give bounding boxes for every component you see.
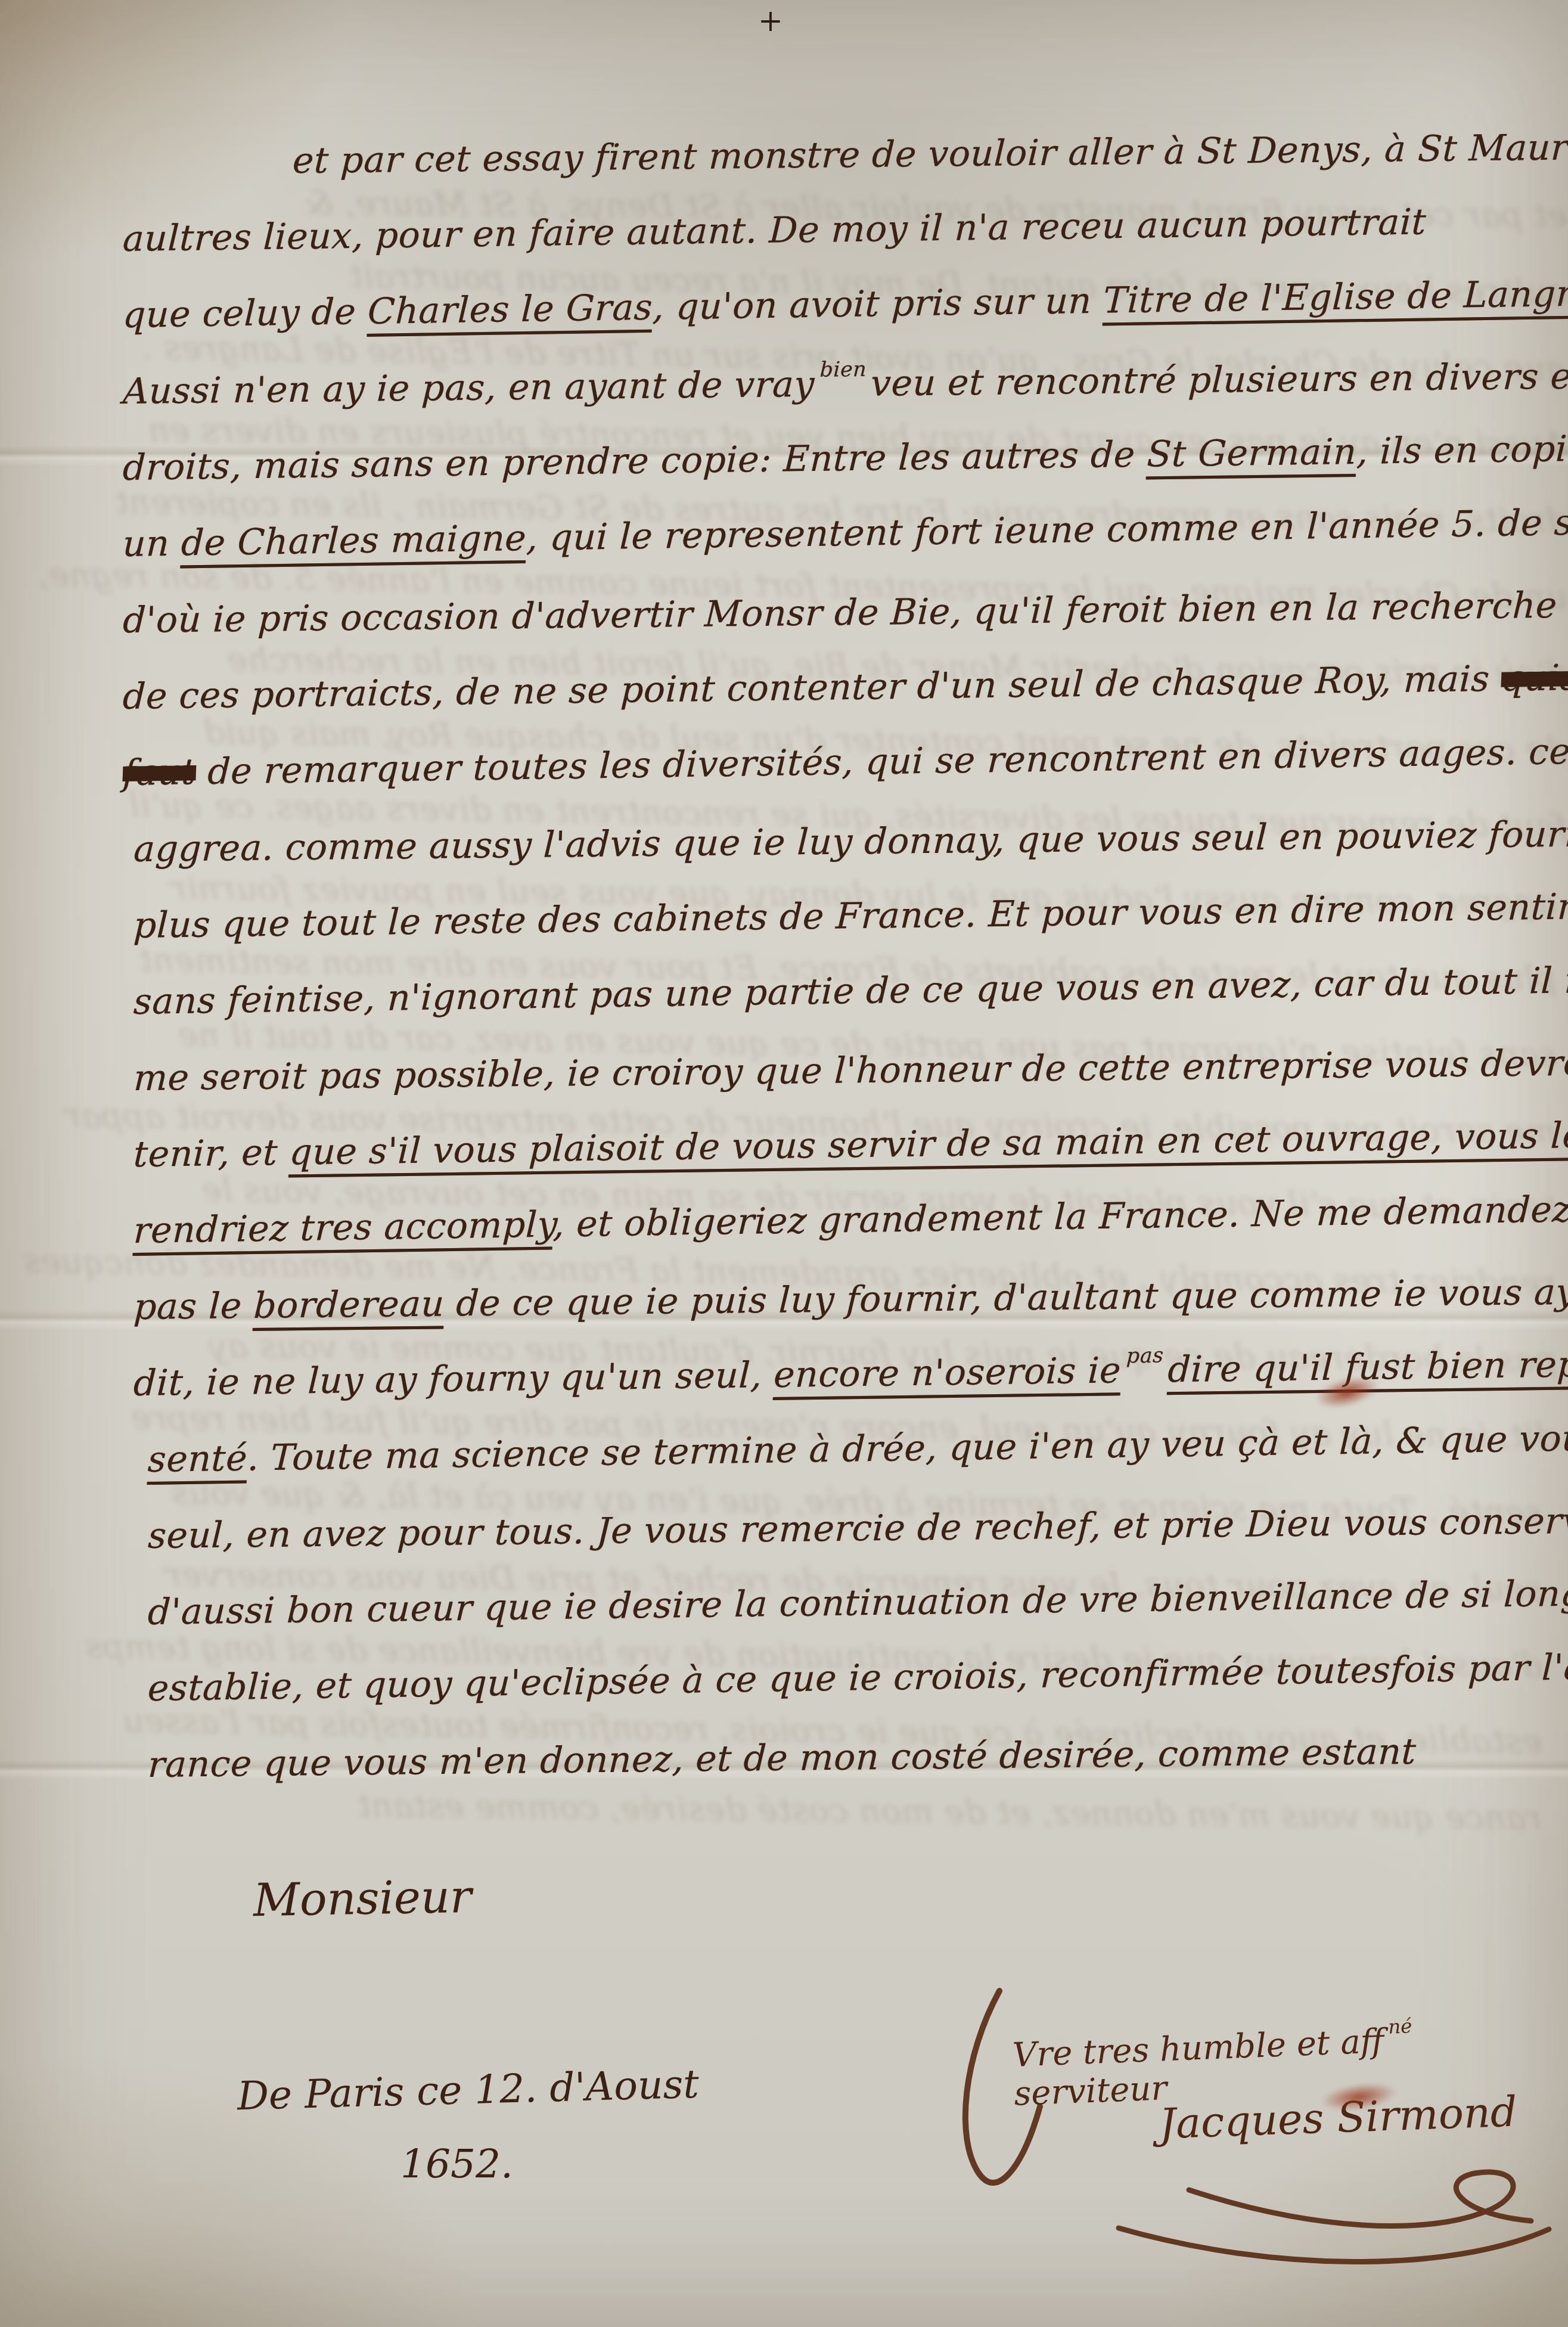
underlined-phrase: Charles le Gras bbox=[367, 287, 654, 333]
top-cross-mark: + bbox=[758, 4, 783, 38]
underlined-phrase: senté bbox=[147, 1437, 249, 1481]
text-run: veu et rencontré plusieurs en divers en bbox=[870, 355, 1568, 405]
text-run: de ce que ie puis luy fournir, d'aultant… bbox=[443, 1271, 1568, 1325]
text-run: serviteur bbox=[1013, 2069, 1168, 2114]
text-run: Vre tres humble et aff bbox=[1012, 2022, 1385, 2075]
letter-body: et par cet essay firent monstre de voulo… bbox=[122, 142, 1547, 1820]
interlinear-insertion: né bbox=[1388, 2015, 1413, 2039]
underlined-phrase: Titre de l'Eglise de Langres bbox=[1103, 272, 1568, 322]
underlined-phrase: rendriez tres accomply bbox=[133, 1204, 554, 1252]
text-run: Aussi n'en ay ie pas, en ayant de vray bbox=[122, 364, 815, 412]
underlined-phrase: bordereau bbox=[253, 1283, 445, 1327]
underlined-phrase: encore n'oserois ie bbox=[773, 1349, 1122, 1396]
text-run: un bbox=[122, 523, 182, 565]
manuscript-letter-page: et par cet essay firent monstre de voulo… bbox=[0, 0, 1568, 2327]
struck-word: quid bbox=[1501, 657, 1568, 700]
interlinear-insertion: bien bbox=[819, 358, 867, 382]
text-run: tenir, et bbox=[133, 1132, 290, 1175]
manuscript-line: rance que vous m'en donnez, et de mon co… bbox=[145, 1729, 1548, 1820]
text-run: , qu'on avoit pris sur un bbox=[652, 280, 1104, 328]
salutation: Monsieur bbox=[253, 1870, 472, 1926]
text-run: dit, ie ne luy ay fourny qu'un seul, bbox=[133, 1354, 775, 1404]
underlined-phrase: de Charles maigne bbox=[181, 517, 527, 564]
text-run: , ils en copierent bbox=[1356, 427, 1568, 473]
place-date-line: De Paris ce 12. d'Aoust bbox=[237, 2061, 700, 2119]
text-run: et par cet essay firent monstre de voulo… bbox=[292, 126, 1568, 182]
text-run: pas le bbox=[133, 1285, 254, 1328]
text-run: que celuy de bbox=[122, 291, 369, 336]
interlinear-insertion: pas bbox=[1126, 1344, 1164, 1368]
underlined-phrase: St Germain bbox=[1146, 431, 1358, 476]
date-year: 1652. bbox=[400, 2141, 513, 2187]
underlined-phrase: dire qu'il fust bien repre bbox=[1167, 1343, 1568, 1391]
struck-word: faut bbox=[122, 751, 197, 794]
